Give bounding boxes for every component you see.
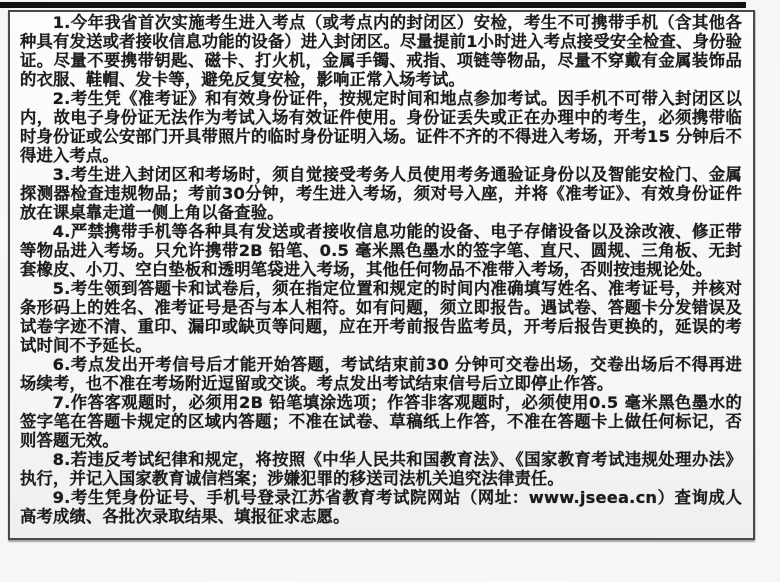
notice-paragraph-7: 7.作答客观题时，必须用2B 铅笔填涂选项；作答非客观题时，必须使用0.5 毫米… — [20, 393, 742, 450]
notice-paragraph-9: 9.考生凭身份证号、手机号登录江苏省教育考试院网站（网址：www.jseea.c… — [20, 488, 742, 526]
photo-top-edge-bar — [0, 2, 746, 8]
notice-paragraph-8: 8.若违反考试纪律和规定，将按照《中华人民共和国教育法》、《国家教育考试违规处理… — [20, 450, 742, 488]
document-page: 1.今年我省首次实施考生进入考点（或考点内的封闭区）安检，考生不可携带手机（含其… — [0, 0, 780, 582]
notice-paragraph-2: 2.考生凭《准考证》和有效身份证件，按规定时间和地点参加考试。因手机不可带入封闭… — [20, 89, 742, 165]
notice-paragraph-4: 4.严禁携带手机等各种具有发送或者接收信息功能的设备、电子存储设备以及涂改液、修… — [20, 222, 742, 279]
notice-paragraph-1: 1.今年我省首次实施考生进入考点（或考点内的封闭区）安检，考生不可携带手机（含其… — [20, 13, 742, 89]
notice-paragraph-3: 3.考生进入封闭区和考场时，须自觉接受考务人员使用考务通验证身份以及智能安检门、… — [20, 165, 742, 222]
notice-paragraph-6: 6.考点发出开考信号后才能开始答题，考试结束前30 分钟可交卷出场，交卷出场后不… — [20, 355, 742, 393]
exam-notice-box: 1.今年我省首次实施考生进入考点（或考点内的封闭区）安检，考生不可携带手机（含其… — [8, 10, 755, 540]
notice-paragraph-5: 5.考生领到答题卡和试卷后，须在指定位置和规定的时间内准确填写姓名、准考证号，并… — [20, 279, 742, 355]
